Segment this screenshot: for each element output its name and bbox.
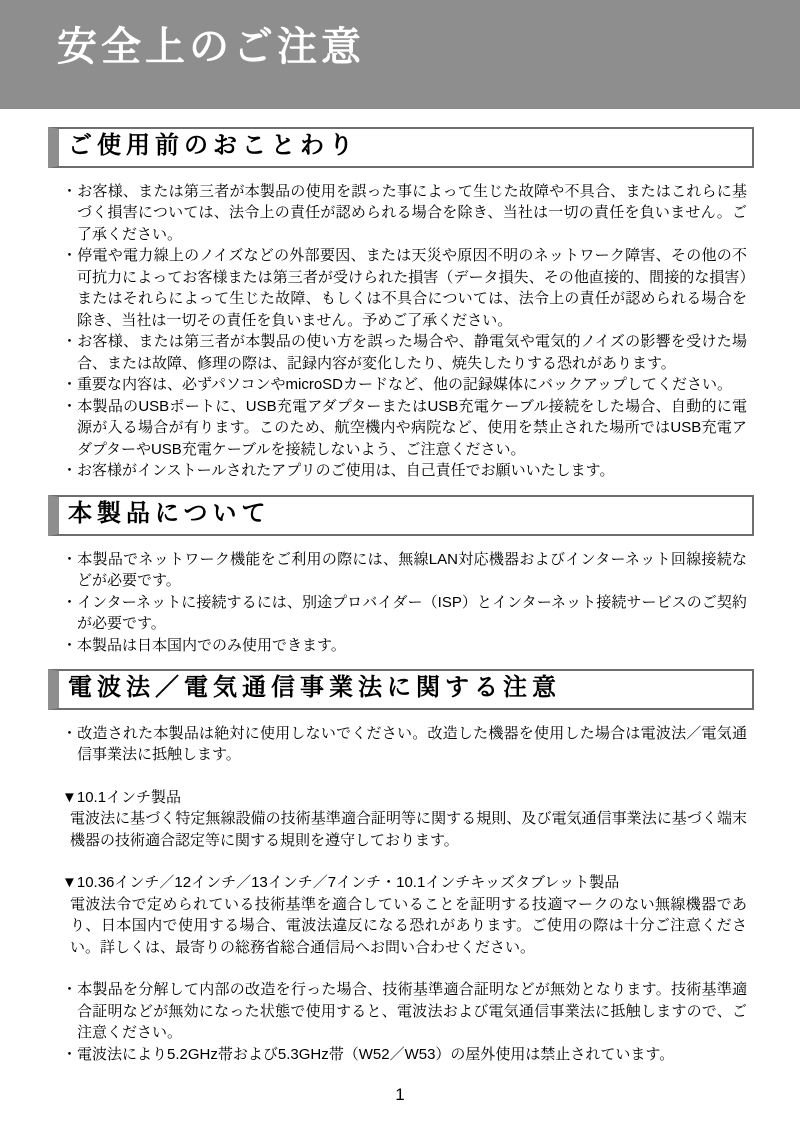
bullet-list-radio-law-extra: ・本製品を分解して内部の改造を行った場合、技術基準適合証明などが無効となります。…	[62, 979, 747, 1065]
bullet-item: ・本製品のUSBポートに、USB充電アダプターまたはUSB充電ケーブル接続をした…	[62, 396, 747, 461]
section-heading-about-product: 本製品について	[48, 495, 754, 536]
bullet-marker: ・	[62, 183, 77, 200]
section-about-product: 本製品について ・本製品でネットワーク機能をご利用の際には、無線LAN対応機器お…	[48, 495, 754, 656]
section-pre-use-notice: ご使用前のおことわり ・お客様、または第三者が本製品の使用を誤った事によって生じ…	[48, 127, 754, 482]
bullet-list-pre-use: ・お客様、または第三者が本製品の使用を誤った事によって生じた故障や不具合、または…	[62, 181, 747, 482]
note-body: 電波法令で定められている技術基準を適合していることを証明する技適マークのない無線…	[70, 894, 747, 959]
bullet-marker: ・	[62, 725, 77, 742]
page-number: 1	[0, 1086, 800, 1103]
note-label: ▼10.1インチ製品	[62, 787, 747, 809]
note-label: ▼10.36インチ／12インチ／13インチ／7インチ・10.1インチキッズタブレ…	[62, 872, 747, 894]
bullet-marker: ・	[62, 247, 77, 264]
bullet-item: ・改造された本製品は絶対に使用しないでください。改造した機器を使用した場合は電波…	[62, 723, 747, 766]
section-heading-radio-law: 電波法／電気通信事業法に関する注意	[48, 669, 754, 710]
note-block-other-sizes: ▼10.36インチ／12インチ／13インチ／7インチ・10.1インチキッズタブレ…	[62, 872, 747, 958]
bullet-marker: ・	[62, 333, 77, 350]
note-block-10-1-inch: ▼10.1インチ製品 電波法に基づく特定無線設備の技術基準適合証明等に関する規則…	[62, 787, 747, 852]
bullet-list-radio-law-intro: ・改造された本製品は絶対に使用しないでください。改造した機器を使用した場合は電波…	[62, 723, 747, 766]
bullet-item: ・電波法により5.2GHz帯および5.3GHz帯（W52／W53）の屋外使用は禁…	[62, 1044, 747, 1066]
bullet-list-about-product: ・本製品でネットワーク機能をご利用の際には、無線LAN対応機器およびインターネッ…	[62, 549, 747, 657]
bullet-item: ・インターネットに接続するには、別途プロバイダー（ISP）とインターネット接続サ…	[62, 592, 747, 635]
page-title: 安全上のご注意	[0, 0, 800, 67]
bullet-marker: ・	[62, 398, 77, 415]
bullet-marker: ・	[62, 981, 77, 998]
bullet-item: ・お客様、または第三者が本製品の使用を誤った事によって生じた故障や不具合、または…	[62, 181, 747, 246]
bullet-marker: ・	[62, 376, 77, 393]
bullet-marker: ・	[62, 551, 77, 568]
bullet-item: ・お客様がインストールされたアプリのご使用は、自己責任でお願いいたします。	[62, 460, 747, 482]
bullet-item: ・本製品を分解して内部の改造を行った場合、技術基準適合証明などが無効となります。…	[62, 979, 747, 1044]
bullet-item: ・停電や電力線上のノイズなどの外部要因、または天災や原因不明のネットワーク障害、…	[62, 245, 747, 331]
bullet-marker: ・	[62, 462, 77, 479]
note-body: 電波法に基づく特定無線設備の技術基準適合証明等に関する規則、及び電気通信事業法に…	[70, 808, 747, 851]
bullet-marker: ・	[62, 637, 77, 654]
bullet-marker: ・	[62, 1046, 77, 1063]
bullet-item: ・お客様、または第三者が本製品の使い方を誤った場合や、静電気や電気的ノイズの影響…	[62, 331, 747, 374]
bullet-item: ・本製品は日本国内でのみ使用できます。	[62, 635, 747, 657]
page-banner: 安全上のご注意	[0, 0, 800, 109]
bullet-item: ・重要な内容は、必ずパソコンやmicroSDカードなど、他の記録媒体にバックアッ…	[62, 374, 747, 396]
section-radio-law-notice: 電波法／電気通信事業法に関する注意 ・改造された本製品は絶対に使用しないでくださ…	[48, 669, 754, 1065]
bullet-item: ・本製品でネットワーク機能をご利用の際には、無線LAN対応機器およびインターネッ…	[62, 549, 747, 592]
document-body: ご使用前のおことわり ・お客様、または第三者が本製品の使用を誤った事によって生じ…	[48, 127, 754, 1065]
bullet-marker: ・	[62, 594, 77, 611]
section-heading-pre-use: ご使用前のおことわり	[48, 127, 754, 168]
